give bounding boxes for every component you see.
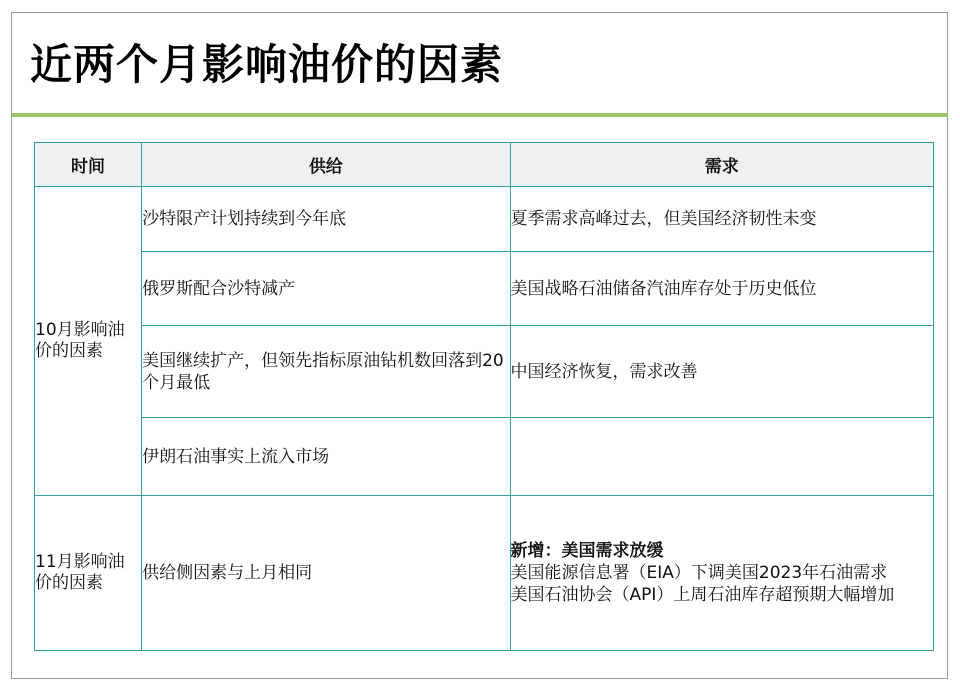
header-demand: 需求: [510, 143, 933, 187]
slide: 近两个月影响油价的因素 时间 供给 需求 10月影响油价的因素 沙特限产计划持续…: [11, 12, 948, 679]
table-row: 美国继续扩产，但领先指标原油钻机数回落到20个月最低 中国经济恢复，需求改善: [35, 326, 934, 418]
supply-cell: 供给侧因素与上月相同: [142, 496, 510, 651]
demand-line: 美国石油协会（API）上周石油库存超预期大幅增加: [511, 584, 933, 606]
header-time: 时间: [35, 143, 142, 187]
demand-cell: 夏季需求高峰过去，但美国经济韧性未变: [510, 187, 933, 252]
header-supply: 供给: [142, 143, 510, 187]
demand-line: 美国能源信息署（EIA）下调美国2023年石油需求: [511, 562, 933, 584]
october-time-cell: 10月影响油价的因素: [35, 187, 142, 496]
oil-price-factors-table: 时间 供给 需求 10月影响油价的因素 沙特限产计划持续到今年底 夏季需求高峰过…: [34, 142, 934, 651]
supply-cell: 俄罗斯配合沙特减产: [142, 252, 510, 326]
table-row: 11月影响油价的因素 供给侧因素与上月相同 新增：美国需求放缓 美国能源信息署（…: [35, 496, 934, 651]
title-divider: [12, 113, 948, 117]
demand-cell: 美国战略石油储备汽油库存处于历史低位: [510, 252, 933, 326]
table-header-row: 时间 供给 需求: [35, 143, 934, 187]
demand-cell: 新增：美国需求放缓 美国能源信息署（EIA）下调美国2023年石油需求 美国石油…: [510, 496, 933, 651]
table-row: 俄罗斯配合沙特减产 美国战略石油储备汽油库存处于历史低位: [35, 252, 934, 326]
supply-cell: 美国继续扩产，但领先指标原油钻机数回落到20个月最低: [142, 326, 510, 418]
demand-cell: 中国经济恢复，需求改善: [510, 326, 933, 418]
november-time-cell: 11月影响油价的因素: [35, 496, 142, 651]
demand-new-heading: 新增：美国需求放缓: [511, 540, 933, 562]
supply-cell: 沙特限产计划持续到今年底: [142, 187, 510, 252]
demand-cell: [510, 418, 933, 496]
table-row: 伊朗石油事实上流入市场: [35, 418, 934, 496]
page-title: 近两个月影响油价的因素: [30, 35, 503, 95]
table-row: 10月影响油价的因素 沙特限产计划持续到今年底 夏季需求高峰过去，但美国经济韧性…: [35, 187, 934, 252]
supply-cell: 伊朗石油事实上流入市场: [142, 418, 510, 496]
